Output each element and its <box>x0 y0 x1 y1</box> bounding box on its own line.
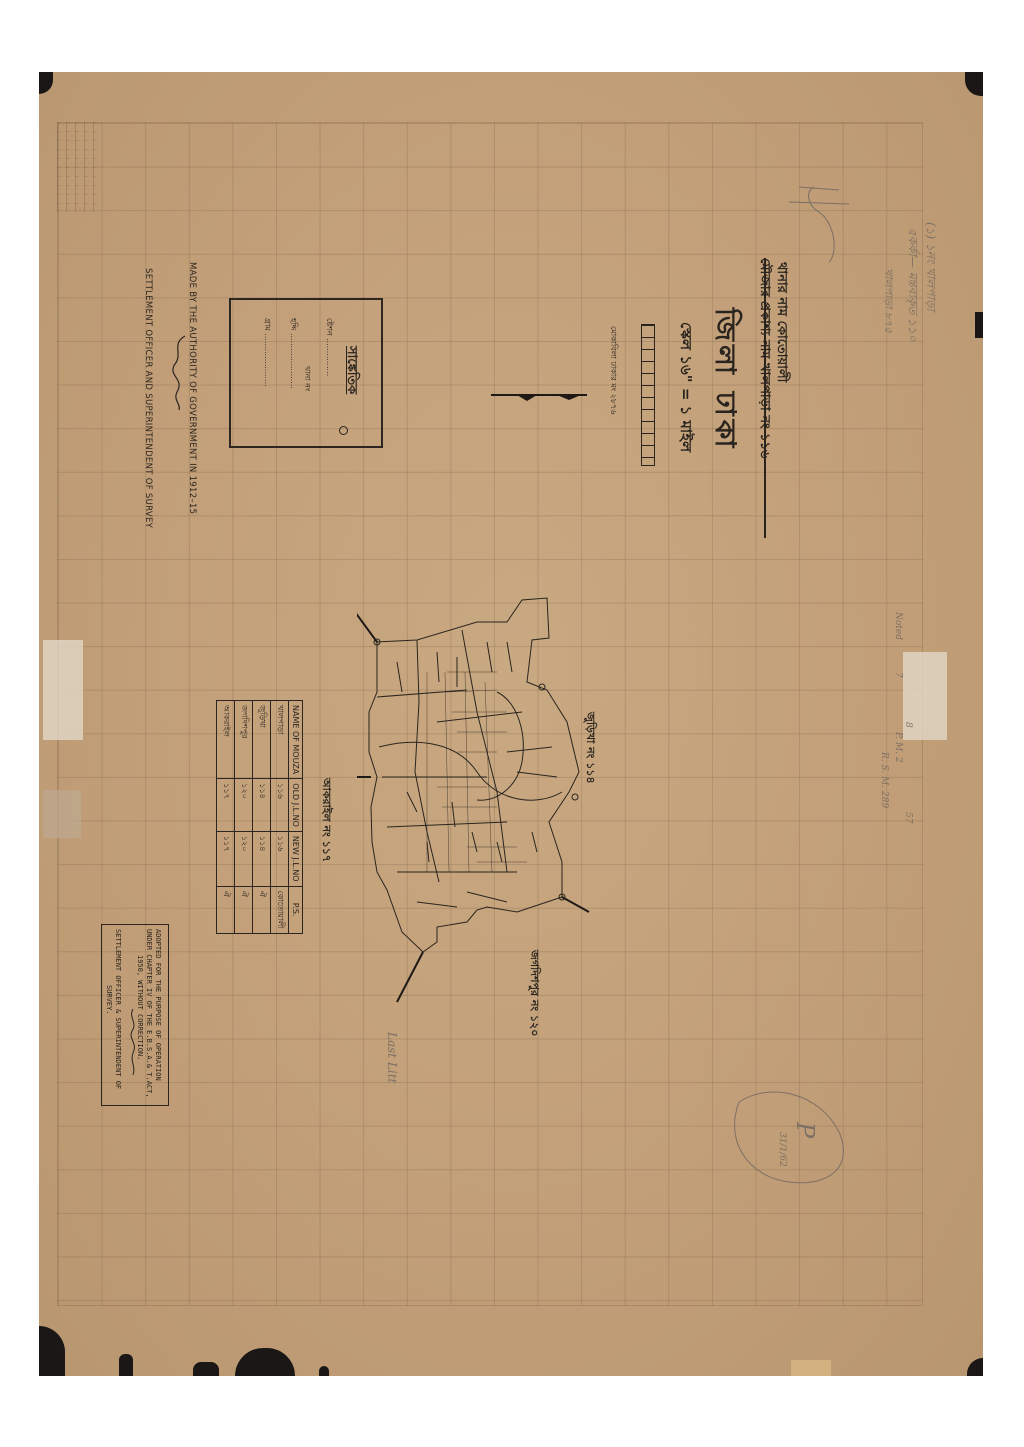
table-cell: ঐ <box>235 886 253 933</box>
district-title: জিলা ঢাকা <box>700 308 747 451</box>
table-cell: ১১৭ <box>217 779 235 832</box>
tape-patch <box>791 1360 831 1376</box>
pencil-note: 57 <box>903 812 913 823</box>
legend-row: থানা নং <box>300 366 313 391</box>
pencil-note: P. M. 2 <box>893 732 903 763</box>
map-sheet: থানার নাম কোতোয়ালী মৌজার প্রকাশ্য নাম খ… <box>39 72 983 1376</box>
table-cell: আকরাইল <box>217 701 235 779</box>
table-cell: ১১৭ <box>217 831 235 886</box>
tape-patch <box>43 640 83 740</box>
table-cell: ১১৪ <box>253 831 271 886</box>
table-cell: খালপাড়া <box>271 701 289 779</box>
legend-row: গ্রাম ..................... <box>260 318 273 387</box>
torn-edge <box>39 1326 65 1376</box>
scale-bar-caption: মোকাবিলা ঢাকার মং ২৮৭৬ <box>606 326 619 414</box>
signature-icon <box>163 334 193 414</box>
legend-row: ষ্টেশন ............... <box>322 318 335 376</box>
pencil-note: R. S. M. 289 <box>879 752 889 808</box>
table-cell: ঐ <box>253 886 271 933</box>
circled-p-letter: P <box>791 1122 819 1138</box>
col-header: P.S. <box>289 886 303 933</box>
boundary-label-north: জুড়িখা নং ১১৪ <box>580 712 599 784</box>
torn-corner <box>39 72 53 94</box>
signature-icon <box>126 1007 140 1077</box>
pencil-note-lower: Last Litt <box>385 1032 399 1083</box>
pencil-note: ৫কর্কা— মন্তব্যকৃত ১১০ <box>901 228 921 342</box>
stamp-line: ADOPTED FOR THE PURPOSE OF OPERATION <box>154 929 162 1081</box>
torn-edge <box>119 1354 133 1376</box>
table-cell: ঐ <box>217 886 235 933</box>
circled-p-date: 31/1/62 <box>777 1132 787 1167</box>
legend-title: সাঙ্কেতিক <box>340 346 361 394</box>
table-cell: কোতোয়ালী <box>271 886 289 933</box>
legend-row: হদ্দি ...................... <box>286 318 299 389</box>
stamp-line: UNDER CHAPTER IV OF THE E.B.S.A.& T.ACT, <box>145 929 153 1098</box>
station-symbol-icon <box>339 426 348 435</box>
pencil-note: Noted <box>893 612 903 640</box>
adoption-stamp: ADOPTED FOR THE PURPOSE OF OPERATION UND… <box>101 924 169 1106</box>
col-header: OLD J.L.NO <box>289 779 303 832</box>
mouza-table: NAME OF MOUZA OLD J.L.NO NEW J.L.NO P.S.… <box>216 700 303 934</box>
legend-box: সাঙ্কেতিক ষ্টেশন ............... থানা নং… <box>229 298 383 448</box>
torn-edge <box>319 1366 329 1376</box>
boundary-label-south: জগদিশপুর নং ১২০ <box>524 950 543 1036</box>
table-cell: ১১৪ <box>253 779 271 832</box>
table-row: জগদিশপুর ১২০ ১২০ ঐ <box>235 701 253 934</box>
stamp-line: SURVEY. <box>105 985 113 1015</box>
table-row: আকরাইল ১১৭ ১১৭ ঐ <box>217 701 235 934</box>
table-cell: জুড়িখা <box>253 701 271 779</box>
table-cell: ১১৬ <box>271 779 289 832</box>
pencil-note: খালপাড়া ৮৭৫ <box>878 268 897 333</box>
authority-line-2: SETTLEMENT OFFICER AND SUPERINTENDENT OF… <box>143 268 153 528</box>
table-row: খালপাড়া ১১৬ ১১৬ কোতোয়ালী <box>271 701 289 934</box>
col-header: NAME OF MOUZA <box>289 701 303 779</box>
corner-grid <box>57 122 101 212</box>
tape-patch <box>43 790 81 838</box>
mouza-plot-map <box>357 572 607 1012</box>
circled-p-mark-icon <box>719 1082 859 1192</box>
north-arrow-icon <box>489 388 589 408</box>
torn-corner <box>965 72 983 96</box>
scale-bar <box>641 324 655 466</box>
table-cell: জগদিশপুর <box>235 701 253 779</box>
torn-edge <box>193 1362 219 1376</box>
table-row: জুড়িখা ১১৪ ১১৪ ঐ <box>253 701 271 934</box>
pencil-mark-icon <box>779 182 859 272</box>
torn-edge <box>235 1348 295 1376</box>
pencil-note: 8 <box>903 722 913 728</box>
pencil-note: (১) ১নং খালপাড়া <box>919 222 939 311</box>
table-cell: ১১৬ <box>271 831 289 886</box>
table-cell: ১২০ <box>235 831 253 886</box>
table-cell: ১২০ <box>235 779 253 832</box>
pencil-note: 7 <box>893 672 903 678</box>
boundary-label-west: আকরাইল নং ১১৭ <box>316 778 335 862</box>
torn-edge <box>967 1358 983 1376</box>
header-rule <box>764 258 766 538</box>
scale-text: স্কেল ১৬" = ১ মাইল <box>672 322 697 452</box>
col-header: NEW J.L.NO <box>289 831 303 886</box>
stamp-line: SETTLEMENT OFFICER & SUPERINTENDENT OF <box>114 929 122 1089</box>
torn-edge <box>975 312 983 338</box>
